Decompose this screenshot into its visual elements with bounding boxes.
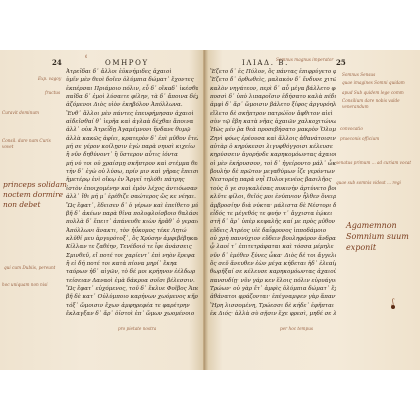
margin-note: senatus primum ... ad curiam vocat [336,160,416,166]
text-line: εἵλετο δὲ σκῆπτρον πατρώϊον ἄφθιτον αἰεὶ [210,110,336,118]
text-line: ἀλλὰ κακῶς ἀφίει, κρατερὸν δ᾽ ἐπὶ μῦθον … [66,135,198,143]
text-line: Ζηνὶ φόως ἐρέουσα καὶ ἄλλοις ἀθανάτοισιν [210,135,336,143]
text-line: κλῦτε φίλοι, θεῖός μοι ἐνύπνιον ἦλθεν ὄν… [210,193,336,201]
text-line: ὑμῖν μὲν θεοὶ δοῖεν ὀλύμπια δώματ᾽ ἔχοντ… [66,76,198,84]
margin-note: Consil. dare nam Curis vovet [2,138,62,150]
text-line: Ἕζετο δ᾽ ὀρθωθεὶς, μαλακὸν δ᾽ ἔνδυνε χιτ… [210,76,336,84]
text-line: βῆ δὲ κατ᾽ Οὐλύμποιο καρήνων χωόμενος κῆ… [66,293,198,301]
right-page: ΙΛΙΑΔ. Β. Somnus magnus imperator 25 Ἕζε… [206,50,420,370]
margin-note: praeconis officium [340,136,379,142]
text-line: Σμινθεῦ, εἴ ποτέ τοι χαρίεντ᾽ ἐπὶ νηὸν ἔ… [66,252,198,260]
text-line: ἐκπέρσαι Πριάμοιο πόλιν, εὖ δ᾽ οἴκαδ᾽ ἱκ… [66,85,198,93]
text-line: στῆ δ᾽ ἄρ᾽ ὑπὲρ κεφαλῆς καί με πρὸς μῦθο… [210,218,336,226]
text-line: ᾧ λαοί τ᾽ ἐπιτετράφαται καὶ τόσσα μέμηλε [210,243,336,251]
text-line: Ἥρη λισσομένη, Τρώεσσι δὲ κήδε᾽ ἐφῆπται [210,302,336,310]
annotation-mark: ℓ [85,54,87,60]
text-line: αὐτὰρ ὁ κηρύκεσσι λιγυφθόγγοισι κέλευσε [210,143,336,151]
text-line: ἢ νῦν δηθύνοντ᾽ ἢ ὕστερον αὖτις ἰόντα [66,151,198,159]
text-line: ἱστὸν ἐποιχομένην καὶ ἐμὸν λέχος ἀντιόωσ… [66,185,198,193]
text-line: οὐ χρὴ παννύχιον εὕδειν βουληφόρον ἄνδρα [210,235,336,243]
text-line: εὕδεις Ἀτρέος υἱὲ δαΐφρονος ἱπποδάμοιο [210,227,336,235]
margin-note: fructus [45,90,60,96]
text-line: ἐκ Διός· ἀλλὰ σὺ σῇσιν ἔχε φρεσὶ, μηδέ σ… [210,310,336,318]
text-line: βουλὴν δὲ πρῶτον μεγαθύμων ἷζε γερόντων [210,168,336,176]
margin-note: quae imagines Somni quidam [342,80,405,86]
text-line: Κίλλαν τε ζαθέην, Τενέδοιό τε ἶφι ἀνάσσε… [66,243,198,251]
margin-note: qui cum Dubiis, pereunt [4,265,64,271]
text-line: ἢ εἰ δή ποτέ τοι κατὰ πίονα μηρί᾽ ἔκηα [66,260,198,268]
annotation-mark: ʃ [392,298,394,306]
text-line: τείσειαν Δαναοὶ ἐμὰ δάκρυα σοῖσι βέλεσσι… [66,277,198,285]
text-line: ἔκλαγξαν δ᾽ ἄρ᾽ ὀϊστοὶ ἐπ᾽ ὤμων χωομένοι… [66,310,198,318]
text-line: καλὸν νηγάτεον, περὶ δ᾽ αὖ μέγα βάλλετο … [210,85,336,93]
text-line: βῆ δ᾽ ἀκέων παρὰ θῖνα πολυφλοίσβοιο θαλά… [66,210,198,218]
text-line: κλῦθί μευ ἀργυρότοξ᾽, ὃς Χρύσην ἀμφιβέβη… [66,235,198,243]
text-line: πανσυδίῃ· νῦν γάρ κεν ἕλοις πόλιν εὐρυάγ… [210,277,336,285]
text-line: κηρύσσειν ἀγορήνδε καρηκομόωντας ἀχαιούς [210,151,336,159]
text-line: ἀμβροσίην διὰ νύκτα· μάλιστα δὲ Νέστορι … [210,202,336,210]
page-number-right: 25 [336,58,346,67]
text-line: οἱ μὲν ἐκήρυσσον, τοὶ δ᾽ ἠγείροντο μάλ᾽ … [210,160,336,168]
left-page-text: Ἀτρεΐδαι δ᾽ ἄλλοι ἐϋκνήμιδες ἀχαιοὶὑμῖν … [66,68,198,318]
page-number-left: 24 [52,58,62,67]
book-spread: 24 ℓ ΟΜΗΡΟΥ Ἀτρεΐδαι δ᾽ ἄλλοι ἐϋκνήμιδες… [0,50,420,370]
margin-note: apud Sub quidem lege comm [342,90,404,96]
text-line: Τρώων· οὐ γὰρ ἔτ᾽ ἀμφὶς ὀλύμπια δώματ᾽ ἔ… [210,285,336,293]
text-line: Ὣς ἔφατ᾽ εὐχόμενος, τοῦ δ᾽ ἔκλυε Φοῖβος … [66,285,198,293]
text-line: Νεστορέῃ παρὰ νηῒ Πυλοιγενέος βασιλῆος [210,176,336,184]
right-page-text: Ἕζετο δ᾽ ἐς Πύλον, ὃς πάντας ἐπιφρύγετο … [210,68,336,318]
text-line: τὴν δ᾽ ἐγὼ οὐ λύσω, πρίν μιν καὶ γῆρας ἔ… [66,168,198,176]
text-line: ἁζόμενοι Διὸς υἱὸν ἑκηβόλον Ἀπόλλωνα. [66,101,198,109]
text-line: τοὺς ὅ γε συγκαλέσας πυκινὴν ἀρτύνετο βο… [210,185,336,193]
text-line: παῖδα δ᾽ ἐμοὶ λύσαιτε φίλην, τὰ δ᾽ ἄποιν… [66,93,198,101]
text-line: Ἕζετο δ᾽ ἐς Πύλον, ὃς πάντας ἐπιφρύγετο … [210,68,336,76]
text-line: Ἠὼς μέν ῥα θεὰ προσεβήσατο μακρὸν Ὄλυμπο… [210,126,336,134]
text-line: μή νύ τοι οὐ χραίσμῃ σκῆπτρον καὶ στέμμα… [66,160,198,168]
text-line: ἀμφὶ δ᾽ ἄρ᾽ ὤμοισιν βάλετο ξίφος ἀργυρόη… [210,101,336,109]
text-line: θωρῆξαί σε κέλευσε καρηκομόωντας ἀχαιοὺς [210,268,336,276]
margin-note: convocatio [340,126,363,132]
text-line: ἀλλ᾽ οὐκ Ἀτρεΐδῃ Ἀγαμέμνονι ἥνδανε θυμῷ [66,126,198,134]
text-line: αἰδεῖσθαί θ᾽ ἱερῆα καὶ ἀγλαὰ δέχθαι ἄποι… [66,118,198,126]
text-line: εἶδός τε μέγεθός τε φυήν τ᾽ ἄγχιστα ἐῴκε… [210,210,336,218]
text-line: σὺν τῷ ἔβη κατὰ νῆας ἀχαιῶν χαλκοχιτώνων… [210,118,336,126]
footer-note: per hoc tempus [280,326,313,332]
text-line: ταύρων ἠδ᾽ αἰγῶν, τὸ δέ μοι κρήηνον ἐέλδ… [66,268,198,276]
text-line: μή σε γέρον κοίλῃσιν ἐγὼ παρὰ νηυσὶ κιχε… [66,143,198,151]
text-line: ὃς σεῦ ἄνευθεν ἐὼν μέγα κήδεται ἠδ᾽ ἐλεα… [210,260,336,268]
text-line: Ἀτρεΐδαι δ᾽ ἄλλοι ἐϋκνήμιδες ἀχαιοὶ [66,68,198,76]
header-annotation: Somnus magnus imperator [276,57,333,63]
text-line: Ἀπόλλωνι ἄνακτι, τὸν ἠΰκομος τέκε Λητώ [66,227,198,235]
text-line: ἀλλ᾽ ἴθι μή μ᾽ ἐρέθιζε σαώτερος ὥς κε νέ… [66,193,198,201]
text-line: τόξ᾽ ὤμοισιν ἔχων ἀμφηρεφέα τε φαρέτρην [66,302,198,310]
margin-note-principal: Agamemnon Somnium suum exponit [346,220,412,253]
text-line: ἡμετέρῳ ἐνὶ οἴκῳ ἐν Ἄργεϊ τηλόθι πάτρης [66,176,198,184]
footer-note: pro pietate nostra [118,326,156,332]
running-head-left: ΟΜΗΡΟΥ [105,59,149,67]
margin-note: quae sub somnis videat ... regi [336,180,416,186]
text-line: ἀθάνατοι φράζονται· ἐπέγναμψεν γὰρ ἅπαντ… [210,293,336,301]
margin-note: Somnus Sensus [342,72,375,78]
left-page: 24 ℓ ΟΜΗΡΟΥ Ἀτρεΐδαι δ᾽ ἄλλοι ἐϋκνήμιδες… [0,50,205,370]
margin-note: Curavit dominum [2,110,39,116]
text-line: ποσσὶ δ᾽ ὑπὸ λιπαροῖσιν ἐδήσατο καλὰ πέδ… [210,93,336,101]
margin-note: Exp. vagoy [38,76,61,82]
text-line: πολλὰ δ᾽ ἔπειτ᾽ ἀπάνευθε κιὼν ἠρᾶθ᾽ ὁ γε… [66,218,198,226]
text-line: Ὣς ἔφατ᾽, ἔδεισεν δ᾽ ὁ γέρων καὶ ἐπείθετ… [66,202,198,210]
margin-note: Consilium dare nobis valde venerandum [342,98,416,110]
text-line: Ἔνθ᾽ ἄλλοι μὲν πάντες ἐπευφήμησαν ἀχαιοὶ [66,110,198,118]
margin-note-principal: princeps solidam noctem dormire non debe… [3,180,67,210]
margin-note: hoc uniquam non nisi [2,282,64,288]
text-line: νῦν δ᾽ ἐμέθεν ξύνες ὦκα· Διὸς δέ τοι ἄγγ… [210,252,336,260]
